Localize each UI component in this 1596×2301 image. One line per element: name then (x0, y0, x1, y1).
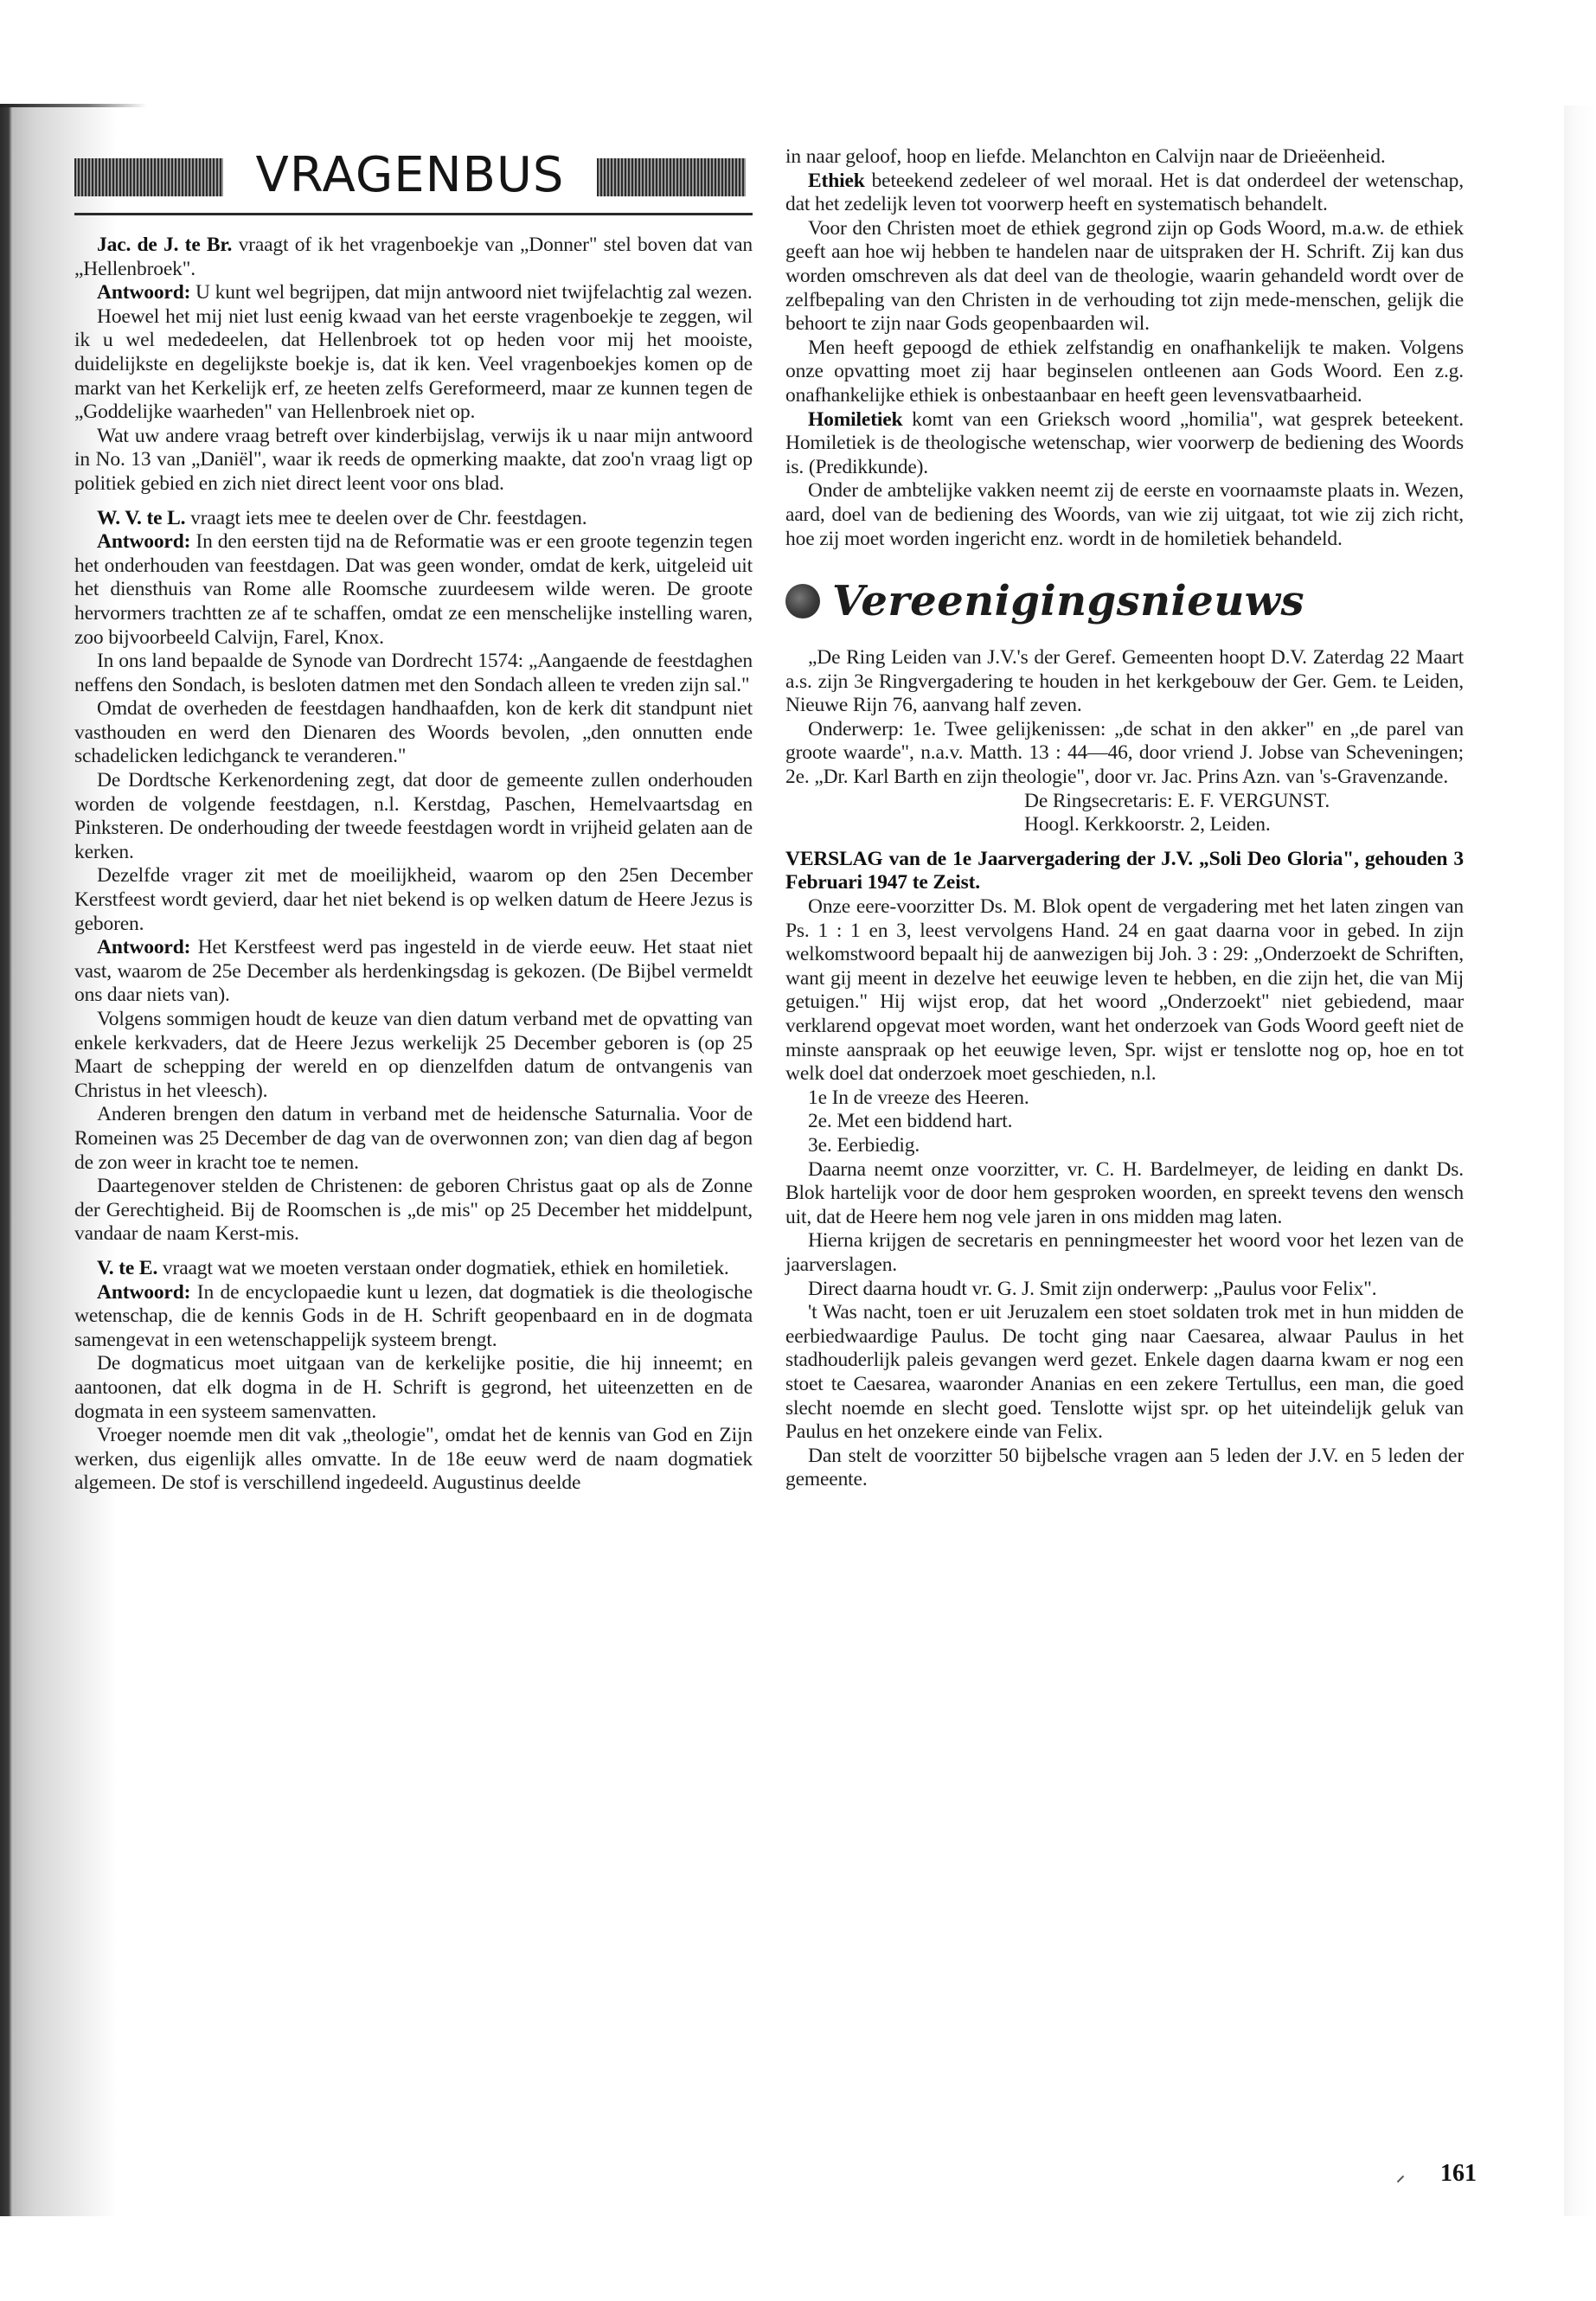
paragraph-text: in naar geloof, hoop en liefde. Melancht… (785, 145, 1386, 168)
paragraph-text: Hoewel het mij niet lust eenig kwaad van… (74, 305, 753, 423)
paragraph-text: Omdat de overheden de feestdagen handhaa… (74, 697, 753, 767)
report-paragraph-2: Hierna krijgen de secretaris en penningm… (785, 1229, 1464, 1277)
answer-label: Antwoord: (97, 1281, 190, 1304)
answer-label: Antwoord: (97, 530, 190, 553)
paragraph-text: Vroeger noemde men dit vak „theologie", … (74, 1424, 753, 1494)
paragraph-text: Anderen brengen den datum in verband met… (74, 1103, 753, 1173)
vb-paragraph-12: Anderen brengen den datum in verband met… (74, 1103, 753, 1175)
questioner-name: V. te E. (97, 1257, 157, 1279)
vb-paragraph-6: In ons land bepaalde de Synode van Dordr… (74, 650, 753, 697)
vb-paragraph-11: Volgens sommigen houdt de keuze van dien… (74, 1008, 753, 1103)
vb-paragraph-17: Vroeger noemde men dit vak „theologie", … (74, 1424, 753, 1496)
vb-continued-5: Onder de ambtelijke vakken neemt zij de … (785, 479, 1464, 551)
vb-paragraph-0: Jac. de J. te Br. vraagt of ik het vrage… (74, 234, 753, 281)
signature-line-1: De Ringsecretaris: E. F. VERGUNST. (785, 790, 1464, 814)
vb-paragraph-5: Antwoord: In den eersten tijd na de Refo… (74, 530, 753, 650)
report-paragraph-5: Dan stelt de voorzitter 50 bijbelsche vr… (785, 1445, 1464, 1492)
decorative-bar-left-icon (74, 158, 223, 196)
vb-paragraph-4: W. V. te L. vraagt iets mee te deelen ov… (74, 507, 753, 531)
answer-label: Antwoord: (97, 281, 190, 304)
report-list-item-2: 3e. Eerbiedig. (785, 1134, 1464, 1158)
report-paragraph-4: 't Was nacht, toen er uit Jeruzalem een … (785, 1301, 1464, 1445)
questioner-name: Jac. de J. te Br. (97, 234, 232, 256)
paragraph-text: Daarna neemt onze voorzitter, vr. C. H. … (785, 1158, 1464, 1228)
paragraph-text: De dogmaticus moet uitgaan van de kerkel… (74, 1352, 753, 1422)
paragraph-text: Onze eere-voorzitter Ds. M. Blok opent d… (785, 895, 1464, 1085)
paragraph-text: Wat uw andere vraag betreft over kinderb… (74, 425, 753, 495)
vragenbus-title: VRAGENBUS (223, 145, 597, 206)
ring-notice-paragraph-0: „De Ring Leiden van J.V.'s der Geref. Ge… (785, 646, 1464, 718)
vereenigingsnieuws-header: Vereenigingsnieuws (785, 574, 1464, 629)
vb-continued-4: Homiletiek komt van een Grieksch woord „… (785, 408, 1464, 480)
paragraph-text: Hierna krijgen de secretaris en penningm… (785, 1229, 1464, 1276)
term-label: Homiletiek (808, 408, 902, 431)
paragraph-text: Daartegenover stelden de Christenen: de … (74, 1175, 753, 1245)
vb-paragraph-8: De Dordtsche Kerkenordening zegt, dat do… (74, 769, 753, 864)
report-paragraph-1: Daarna neemt onze voorzitter, vr. C. H. … (785, 1158, 1464, 1230)
vb-paragraph-7: Omdat de overheden de feestdagen handhaa… (74, 697, 753, 769)
signature-line-2: Hoogl. Kerkkoorstr. 2, Leiden. (785, 813, 1464, 837)
vb-paragraph-9: Dezelfde vrager zit met de moeilijkheid,… (74, 864, 753, 936)
paragraph-text: Dan stelt de voorzitter 50 bijbelsche vr… (785, 1445, 1464, 1491)
paragraph-text: Volgens sommigen houdt de keuze van dien… (74, 1008, 753, 1102)
report-list-item-0: 1e In de vreeze des Heeren. (785, 1086, 1464, 1111)
paragraph-text: vraagt wat we moeten verstaan onder dogm… (157, 1257, 728, 1279)
seal-icon (785, 584, 820, 619)
vb-paragraph-10: Antwoord: Het Kerstfeest werd pas ingest… (74, 936, 753, 1008)
vb-continued-0: in naar geloof, hoop en liefde. Melancht… (785, 145, 1464, 170)
ring-notice-paragraph-1: Onderwerp: 1e. Twee gelijkenissen: „de s… (785, 718, 1464, 790)
vb-paragraph-13: Daartegenover stelden de Christenen: de … (74, 1175, 753, 1247)
answer-label: Antwoord: (97, 936, 190, 958)
decorative-bar-right-icon (597, 158, 746, 196)
vb-continued-2: Voor den Christen moet de ethiek gegrond… (785, 217, 1464, 336)
vb-paragraph-14: V. te E. vraagt wat we moeten verstaan o… (74, 1257, 753, 1281)
paragraph-text: De Dordtsche Kerkenordening zegt, dat do… (74, 769, 753, 863)
vb-paragraph-1: Antwoord: U kunt wel begrijpen, dat mijn… (74, 281, 753, 305)
paragraph-text: Onder de ambtelijke vakken neemt zij de … (785, 479, 1464, 549)
report-heading-text: VERSLAG van de 1e Jaarvergadering der J.… (785, 848, 1464, 894)
term-label: Ethiek (808, 170, 865, 192)
paragraph-text: Dezelfde vrager zit met de moeilijkheid,… (74, 864, 753, 934)
paragraph-text: Direct daarna houdt vr. G. J. Smit zijn … (808, 1278, 1376, 1300)
vb-paragraph-3: Wat uw andere vraag betreft over kinderb… (74, 425, 753, 497)
paragraph-text: „De Ring Leiden van J.V.'s der Geref. Ge… (785, 646, 1464, 716)
vb-paragraph-16: De dogmaticus moet uitgaan van de kerkel… (74, 1352, 753, 1424)
report-list-item-1: 2e. Met een biddend hart. (785, 1110, 1464, 1134)
paragraph-text: U kunt wel begrijpen, dat mijn antwoord … (190, 281, 752, 304)
paragraph-text: Men heeft gepoogd de ethiek zelfstandig … (785, 336, 1464, 407)
left-column: Jac. de J. te Br. vraagt of ik het vrage… (74, 234, 753, 1496)
questioner-name: W. V. te L. (97, 507, 185, 529)
report-paragraph-3: Direct daarna houdt vr. G. J. Smit zijn … (785, 1278, 1464, 1302)
paragraph-text: vraagt iets mee te deelen over de Chr. f… (185, 507, 586, 529)
vb-continued-3: Men heeft gepoogd de ethiek zelfstandig … (785, 336, 1464, 408)
vb-continued-1: Ethiek beteekend zedeleer of wel moraal.… (785, 170, 1464, 217)
page-right-edge (1564, 106, 1596, 2216)
paragraph-text: Onderwerp: 1e. Twee gelijkenissen: „de s… (785, 718, 1464, 788)
report-heading: VERSLAG van de 1e Jaarvergadering der J.… (785, 848, 1464, 895)
header-rule (74, 213, 753, 215)
vb-paragraph-15: Antwoord: In de encyclopaedie kunt u lez… (74, 1281, 753, 1353)
vb-paragraph-2: Hoewel het mij niet lust eenig kwaad van… (74, 305, 753, 425)
vereenigingsnieuws-title: Vereenigingsnieuws (832, 575, 1304, 627)
report-paragraph-0: Onze eere-voorzitter Ds. M. Blok opent d… (785, 895, 1464, 1086)
paragraph-text: Voor den Christen moet de ethiek gegrond… (785, 217, 1464, 335)
right-column: in naar geloof, hoop en liefde. Melancht… (785, 145, 1464, 1492)
paragraph-text: 't Was nacht, toen er uit Jeruzalem een … (785, 1301, 1464, 1443)
paragraph-text: beteekend zedeleer of wel moraal. Het is… (785, 170, 1464, 216)
vragenbus-header: VRAGENBUS (74, 138, 753, 225)
paragraph-text: In ons land bepaalde de Synode van Dordr… (74, 650, 753, 696)
page-top-edge (0, 104, 147, 107)
page-number: 161 (1440, 2160, 1477, 2188)
